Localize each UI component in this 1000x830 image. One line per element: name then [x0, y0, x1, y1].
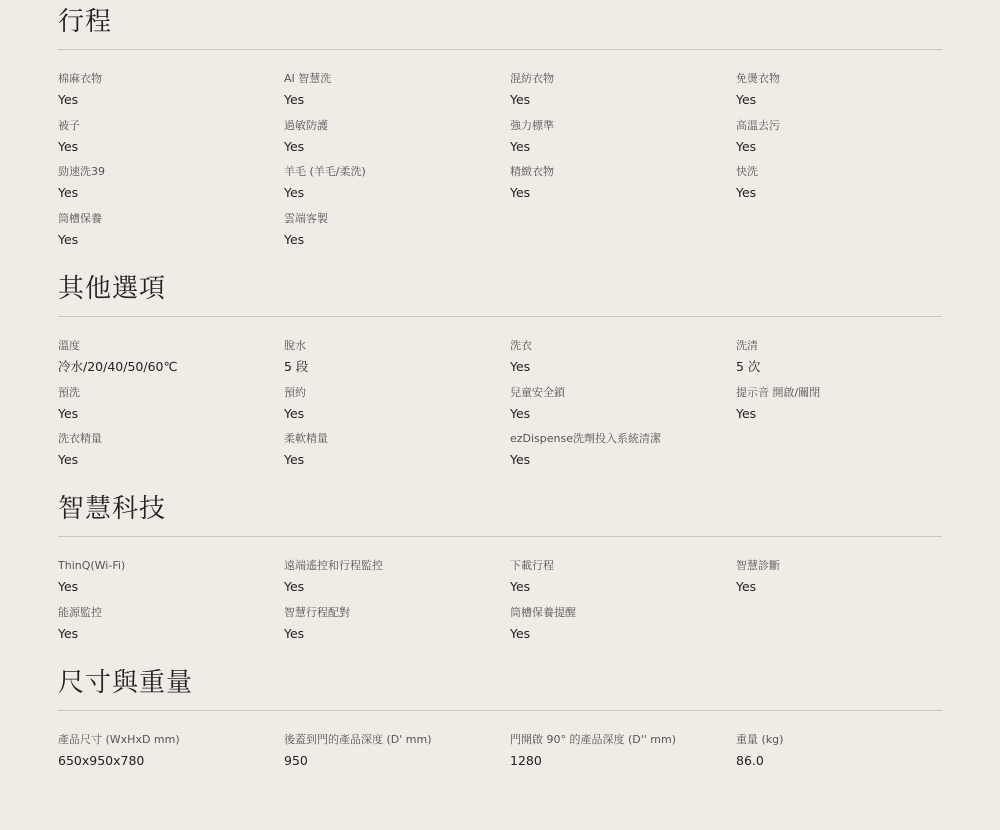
spec-label: 提示音 開啟/關閉	[736, 386, 962, 400]
spec-grid: ThinQ(Wi-Fi)Yes 遠端遙控和行程監控Yes 下載行程Yes 智慧診…	[58, 559, 962, 652]
spec-item: 洗清5 次	[736, 339, 962, 386]
spec-value: Yes	[58, 579, 284, 595]
spec-label: 快洗	[736, 165, 962, 179]
section-divider	[58, 316, 942, 317]
spec-value: Yes	[510, 139, 736, 155]
spec-item: 柔軟精量Yes	[284, 432, 510, 479]
section-divider	[58, 49, 942, 50]
spec-value: Yes	[284, 92, 510, 108]
spec-item: 棉麻衣物Yes	[58, 72, 284, 119]
spec-item: 智慧行程配對Yes	[284, 606, 510, 653]
spec-value: Yes	[58, 185, 284, 201]
spec-label: 過敏防護	[284, 119, 510, 133]
spec-label: 智慧診斷	[736, 559, 962, 573]
spec-value: 86.0	[736, 753, 962, 769]
spec-item: ezDispense洗劑投入系統清潔Yes	[510, 432, 736, 479]
spec-item: 混紡衣物Yes	[510, 72, 736, 119]
spec-value: 5 次	[736, 359, 962, 375]
spec-label: 溫度	[58, 339, 284, 353]
spec-value: Yes	[58, 626, 284, 642]
spec-label: 羊毛 (羊毛/柔洗)	[284, 165, 510, 179]
spec-value: Yes	[58, 139, 284, 155]
section-title: 行程	[58, 6, 942, 38]
spec-value: 1280	[510, 753, 736, 769]
spec-value: Yes	[736, 92, 962, 108]
spec-item: 兒童安全鎖Yes	[510, 386, 736, 433]
spec-value: Yes	[736, 185, 962, 201]
spec-item: 產品尺寸 (WxHxD mm)650x950x780	[58, 733, 284, 780]
spec-value: Yes	[58, 92, 284, 108]
spec-item: 羊毛 (羊毛/柔洗)Yes	[284, 165, 510, 212]
section-other-options: 其他選項 溫度冷水/20/40/50/60℃ 脫水5 段 洗衣Yes 洗清5 次…	[58, 273, 942, 305]
section-title: 尺寸與重量	[58, 667, 942, 699]
spec-item: 免燙衣物Yes	[736, 72, 962, 119]
spec-item: 預洗Yes	[58, 386, 284, 433]
spec-item: 後蓋到門的產品深度 (D' mm)950	[284, 733, 510, 780]
spec-value: 冷水/20/40/50/60℃	[58, 359, 284, 375]
spec-value: 650x950x780	[58, 753, 284, 769]
spec-item: 筒槽保養提醒Yes	[510, 606, 736, 653]
spec-label: 智慧行程配對	[284, 606, 510, 620]
spec-label: 精緻衣物	[510, 165, 736, 179]
spec-value: Yes	[58, 452, 284, 468]
spec-value: Yes	[510, 406, 736, 422]
spec-item: 強力標準Yes	[510, 119, 736, 166]
spec-item: 提示音 開啟/關閉Yes	[736, 386, 962, 433]
spec-item: 筒槽保養Yes	[58, 212, 284, 259]
section-divider	[58, 536, 942, 537]
section-smart-tech: 智慧科技 ThinQ(Wi-Fi)Yes 遠端遙控和行程監控Yes 下載行程Ye…	[58, 493, 942, 525]
spec-label: 柔軟精量	[284, 432, 510, 446]
spec-value: Yes	[510, 626, 736, 642]
spec-item: 下載行程Yes	[510, 559, 736, 606]
spec-label: 能源監控	[58, 606, 284, 620]
spec-value: Yes	[736, 579, 962, 595]
spec-label: 免燙衣物	[736, 72, 962, 86]
spec-label: 強力標準	[510, 119, 736, 133]
spec-item: 能源監控Yes	[58, 606, 284, 653]
spec-item: 雲端客製Yes	[284, 212, 510, 259]
spec-item: 智慧診斷Yes	[736, 559, 962, 606]
spec-item: ThinQ(Wi-Fi)Yes	[58, 559, 284, 606]
spec-grid: 產品尺寸 (WxHxD mm)650x950x780 後蓋到門的產品深度 (D'…	[58, 733, 962, 780]
spec-label: 後蓋到門的產品深度 (D' mm)	[284, 733, 510, 747]
spec-value: 5 段	[284, 359, 510, 375]
spec-grid: 棉麻衣物Yes AI 智慧洗Yes 混紡衣物Yes 免燙衣物Yes 被子Yes …	[58, 72, 962, 258]
spec-label: 兒童安全鎖	[510, 386, 736, 400]
spec-label: 雲端客製	[284, 212, 510, 226]
spec-label: 脫水	[284, 339, 510, 353]
section-title: 智慧科技	[58, 493, 942, 525]
spec-label: 下載行程	[510, 559, 736, 573]
spec-item: 重量 (kg)86.0	[736, 733, 962, 780]
spec-item: 高溫去污Yes	[736, 119, 962, 166]
spec-value: Yes	[58, 406, 284, 422]
spec-label: 勁速洗39	[58, 165, 284, 179]
spec-item: 被子Yes	[58, 119, 284, 166]
spec-item: 快洗Yes	[736, 165, 962, 212]
spec-label: 門開啟 90° 的產品深度 (D'' mm)	[510, 733, 736, 747]
spec-item: 脫水5 段	[284, 339, 510, 386]
section-divider	[58, 710, 942, 711]
spec-label: 洗衣精量	[58, 432, 284, 446]
spec-label: 洗清	[736, 339, 962, 353]
spec-item: 精緻衣物Yes	[510, 165, 736, 212]
spec-label: ezDispense洗劑投入系統清潔	[510, 432, 736, 446]
spec-value: Yes	[284, 139, 510, 155]
section-programs: 行程 棉麻衣物Yes AI 智慧洗Yes 混紡衣物Yes 免燙衣物Yes 被子Y…	[58, 6, 942, 38]
spec-label: 重量 (kg)	[736, 733, 962, 747]
spec-value: Yes	[736, 406, 962, 422]
spec-grid: 溫度冷水/20/40/50/60℃ 脫水5 段 洗衣Yes 洗清5 次 預洗Ye…	[58, 339, 962, 479]
spec-item: 門開啟 90° 的產品深度 (D'' mm)1280	[510, 733, 736, 780]
spec-item: 遠端遙控和行程監控Yes	[284, 559, 510, 606]
spec-value: Yes	[284, 185, 510, 201]
spec-label: 產品尺寸 (WxHxD mm)	[58, 733, 284, 747]
spec-label: 筒槽保養提醒	[510, 606, 736, 620]
spec-label: 預洗	[58, 386, 284, 400]
spec-value: Yes	[58, 232, 284, 248]
spec-value: Yes	[284, 579, 510, 595]
spec-value: Yes	[510, 92, 736, 108]
spec-item: 溫度冷水/20/40/50/60℃	[58, 339, 284, 386]
spec-value: Yes	[284, 626, 510, 642]
spec-value: 950	[284, 753, 510, 769]
spec-value: Yes	[510, 452, 736, 468]
spec-label: 遠端遙控和行程監控	[284, 559, 510, 573]
spec-label: 筒槽保養	[58, 212, 284, 226]
spec-value: Yes	[284, 232, 510, 248]
spec-item: 預約Yes	[284, 386, 510, 433]
spec-label: 預約	[284, 386, 510, 400]
spec-item: 勁速洗39Yes	[58, 165, 284, 212]
spec-item: 洗衣精量Yes	[58, 432, 284, 479]
spec-item: 洗衣Yes	[510, 339, 736, 386]
spec-item: AI 智慧洗Yes	[284, 72, 510, 119]
spec-value: Yes	[510, 579, 736, 595]
spec-label: 混紡衣物	[510, 72, 736, 86]
spec-value: Yes	[510, 185, 736, 201]
spec-label: ThinQ(Wi-Fi)	[58, 559, 284, 573]
spec-item: 過敏防護Yes	[284, 119, 510, 166]
spec-value: Yes	[284, 406, 510, 422]
spec-value: Yes	[284, 452, 510, 468]
spec-label: 被子	[58, 119, 284, 133]
spec-value: Yes	[736, 139, 962, 155]
section-title: 其他選項	[58, 273, 942, 305]
spec-label: 洗衣	[510, 339, 736, 353]
spec-value: Yes	[510, 359, 736, 375]
section-dimensions-weight: 尺寸與重量 產品尺寸 (WxHxD mm)650x950x780 後蓋到門的產品…	[58, 667, 942, 699]
spec-label: AI 智慧洗	[284, 72, 510, 86]
spec-label: 棉麻衣物	[58, 72, 284, 86]
spec-label: 高溫去污	[736, 119, 962, 133]
